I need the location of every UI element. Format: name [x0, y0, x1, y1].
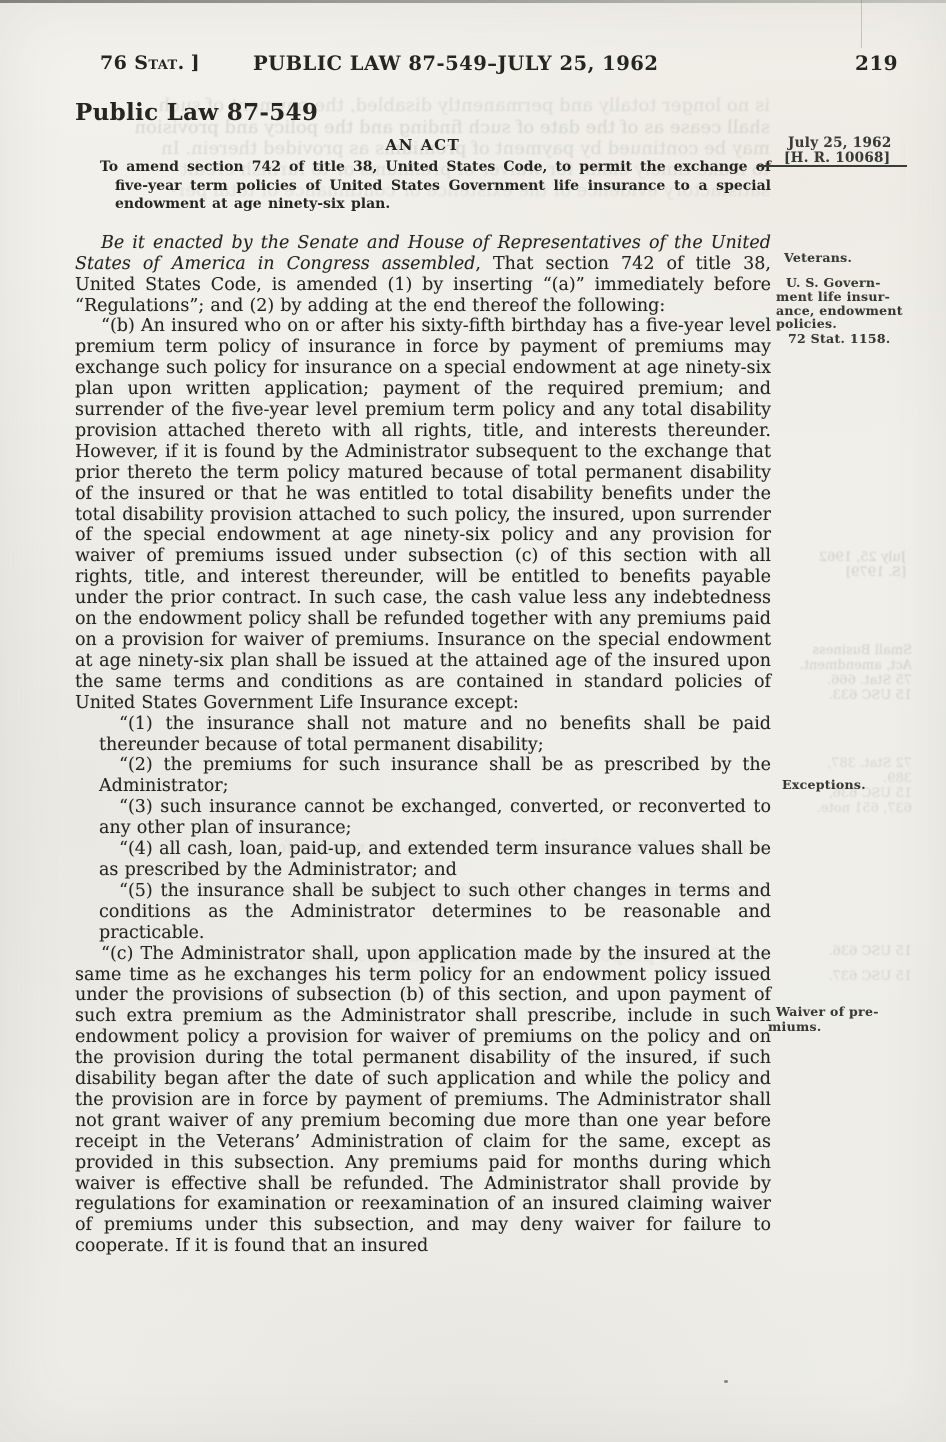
margin-note-date-bill: July 25, 1962 [H. R. 10068]	[784, 136, 924, 166]
enacting-clause: Be it enacted by the Senate and House of…	[75, 233, 771, 317]
running-head-left: 76 Stat.]	[100, 52, 200, 74]
scan-top-edge	[0, 0, 946, 3]
exception-item-2: “(2) the premiums for such insurance sha…	[99, 755, 771, 797]
paragraph-subsection-c: “(c) The Administrator shall, upon appli…	[75, 944, 771, 1258]
running-head-title: PUBLIC LAW 87-549–JULY 25, 1962	[253, 52, 658, 75]
exception-item-5: “(5) the insurance shall be subject to s…	[99, 881, 771, 944]
margin-note-exceptions: Exceptions.	[782, 778, 918, 792]
exception-item-4: “(4) all cash, loan, paid-up, and extend…	[99, 839, 771, 881]
bracket-glyph: ]	[191, 52, 200, 74]
act-title: To amend section 742 of title 38, United…	[100, 158, 771, 214]
margin-note-veterans: Veterans.	[784, 251, 920, 265]
margin-note-rule	[757, 165, 907, 167]
exception-item-1: “(1) the insurance shall not mature and …	[99, 714, 771, 756]
paragraph-subsection-b: “(b) An insured who on or after his sixt…	[75, 316, 771, 713]
exception-item-3: “(3) such insurance cannot be exchanged,…	[99, 797, 771, 839]
statute-page-scan: is no longer totally and permanently dis…	[0, 0, 946, 1442]
page-number: 219	[855, 51, 898, 75]
volume-number: 76	[100, 52, 127, 74]
stat-label: Stat.	[134, 52, 184, 74]
paper-speck	[724, 1380, 728, 1383]
law-heading: Public Law 87-549	[75, 99, 771, 127]
text-column: Public Law 87-549 AN ACT To amend sectio…	[75, 99, 771, 1257]
margin-note-stat-citation: 72 Stat. 1158.	[788, 332, 924, 346]
margin-note-insurance: U. S. Govern- ment life insur- ance, end…	[776, 276, 912, 331]
margin-note-waiver: Waiver of pre- miums.	[768, 1004, 904, 1034]
an-act-label: AN ACT	[75, 137, 771, 154]
scan-crease-line	[861, 0, 862, 48]
